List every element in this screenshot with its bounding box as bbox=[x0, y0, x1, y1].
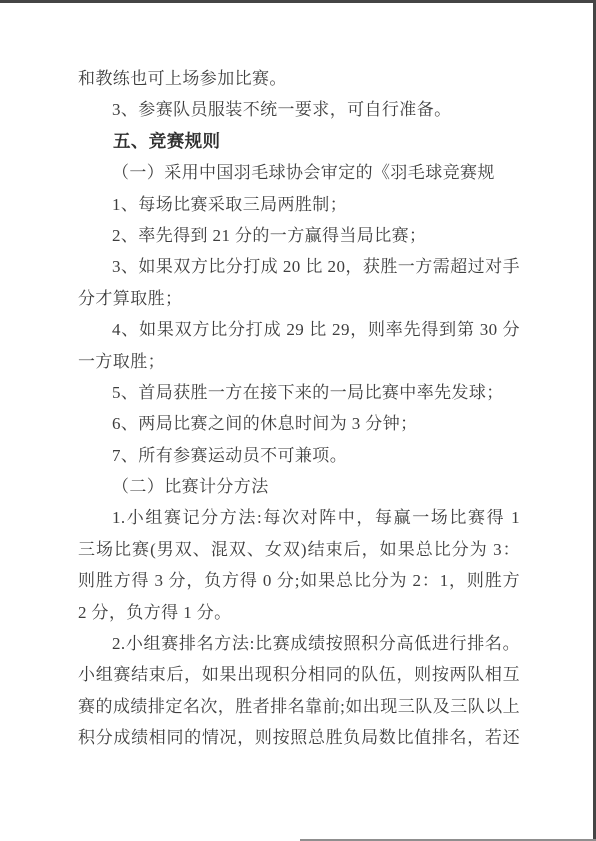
section-heading: 五、竞赛规则 bbox=[78, 126, 520, 157]
text-line: （二）比赛计分方法 bbox=[78, 471, 520, 502]
text-line: 和教练也可上场参加比赛。 bbox=[78, 63, 520, 94]
text-line: 则胜方得 3 分，负方得 0 分;如果总比分为 2：1，则胜方得 bbox=[78, 565, 520, 596]
text-line: 2、率先得到 21 分的一方赢得当局比赛； bbox=[78, 220, 520, 251]
text-line: 2 分，负方得 1 分。 bbox=[78, 597, 520, 628]
text-line: （一）采用中国羽毛球协会审定的《羽毛球竞赛规则》。 bbox=[78, 157, 520, 188]
text-line: 3、参赛队员服装不统一要求，可自行准备。 bbox=[78, 94, 520, 125]
text-line: 7、所有参赛运动员不可兼项。 bbox=[78, 440, 520, 471]
document-body: 和教练也可上场参加比赛。3、参赛队员服装不统一要求，可自行准备。五、竞赛规则（一… bbox=[78, 63, 520, 754]
text-line: 4、如果双方比分打成 29 比 29，则率先得到第 30 分的 bbox=[78, 314, 520, 345]
text-line: 分才算取胜； bbox=[78, 283, 520, 314]
text-line: 2.小组赛排名方法:比赛成绩按照积分高低进行排名。 bbox=[78, 628, 520, 659]
text-line: 小组赛结束后，如果出现积分相同的队伍，则按两队相互比 bbox=[78, 659, 520, 690]
text-line: 1.小组赛记分方法:每次对阵中，每赢一场比赛得 1 分。 bbox=[78, 502, 520, 533]
text-line: 1、每场比赛采取三局两胜制； bbox=[78, 189, 520, 220]
page-top-edge bbox=[0, 0, 596, 3]
text-line: 一方取胜； bbox=[78, 346, 520, 377]
text-line: 5、首局获胜一方在接下来的一局比赛中率先发球； bbox=[78, 377, 520, 408]
text-line: 3、如果双方比分打成 20 比 20，获胜一方需超过对手 2 bbox=[78, 251, 520, 282]
text-line: 赛的成绩排定名次，胜者排名靠前;如出现三队及三队以上 bbox=[78, 691, 520, 722]
text-line: 6、两局比赛之间的休息时间为 3 分钟； bbox=[78, 408, 520, 439]
text-line: 三场比赛(男双、混双、女双)结束后，如果总比分为 3：0， bbox=[78, 534, 520, 565]
text-line: 积分成绩相同的情况，则按照总胜负局数比值排名，若还相 bbox=[78, 722, 520, 753]
